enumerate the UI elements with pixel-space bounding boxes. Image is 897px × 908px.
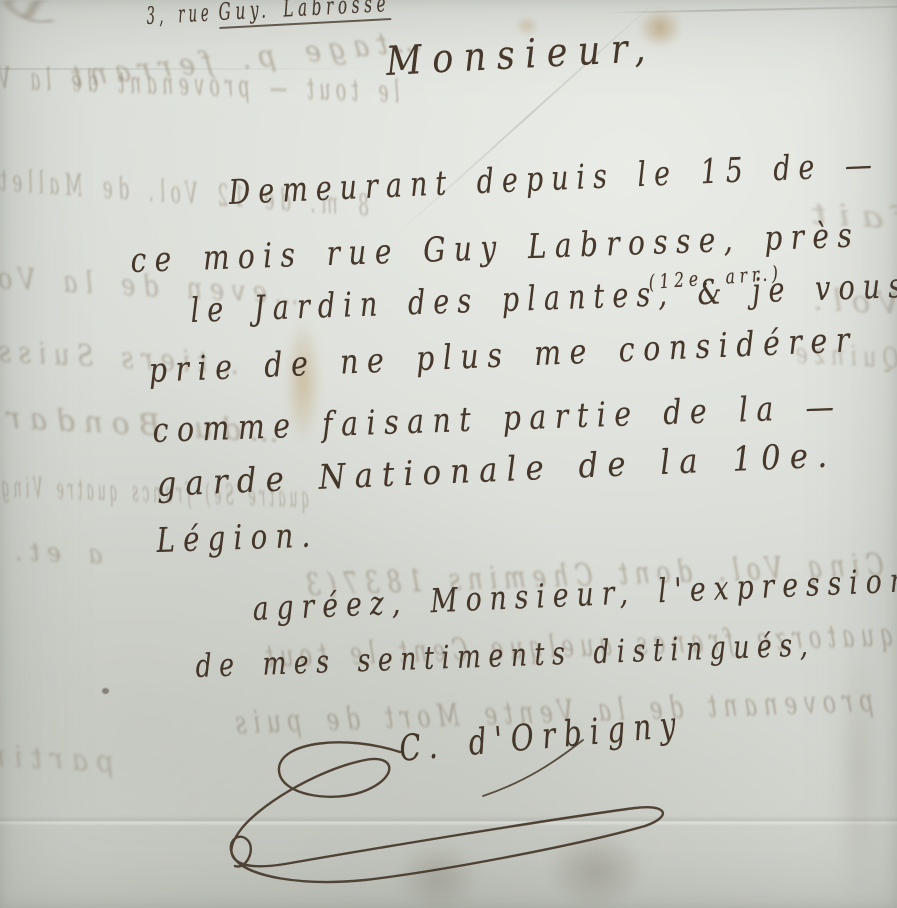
body-line-6: garde Nationale de la 10e. [156, 438, 837, 502]
closing-line-2: de mes sentiments distingués, [195, 628, 816, 682]
body-line-4: prie de ne plus me considérer [148, 323, 859, 388]
address-street: Guy. Labrosse [218, 0, 391, 29]
body-line-1: Demeurant depuis le 15 de — [228, 148, 881, 210]
salutation: Monsieur, [385, 28, 657, 82]
signature-flourish [215, 738, 675, 888]
closing-line-1: agréez, Monsieur, l'expression [252, 563, 897, 625]
body-line-3: le Jardin des plantes, & je vous [190, 269, 897, 328]
letter-photograph: …tage p. ferrantle tout — provenant de l… [0, 0, 897, 908]
body-line-7: Légion. [156, 518, 319, 558]
address-number: 3, rue [146, 1, 213, 28]
